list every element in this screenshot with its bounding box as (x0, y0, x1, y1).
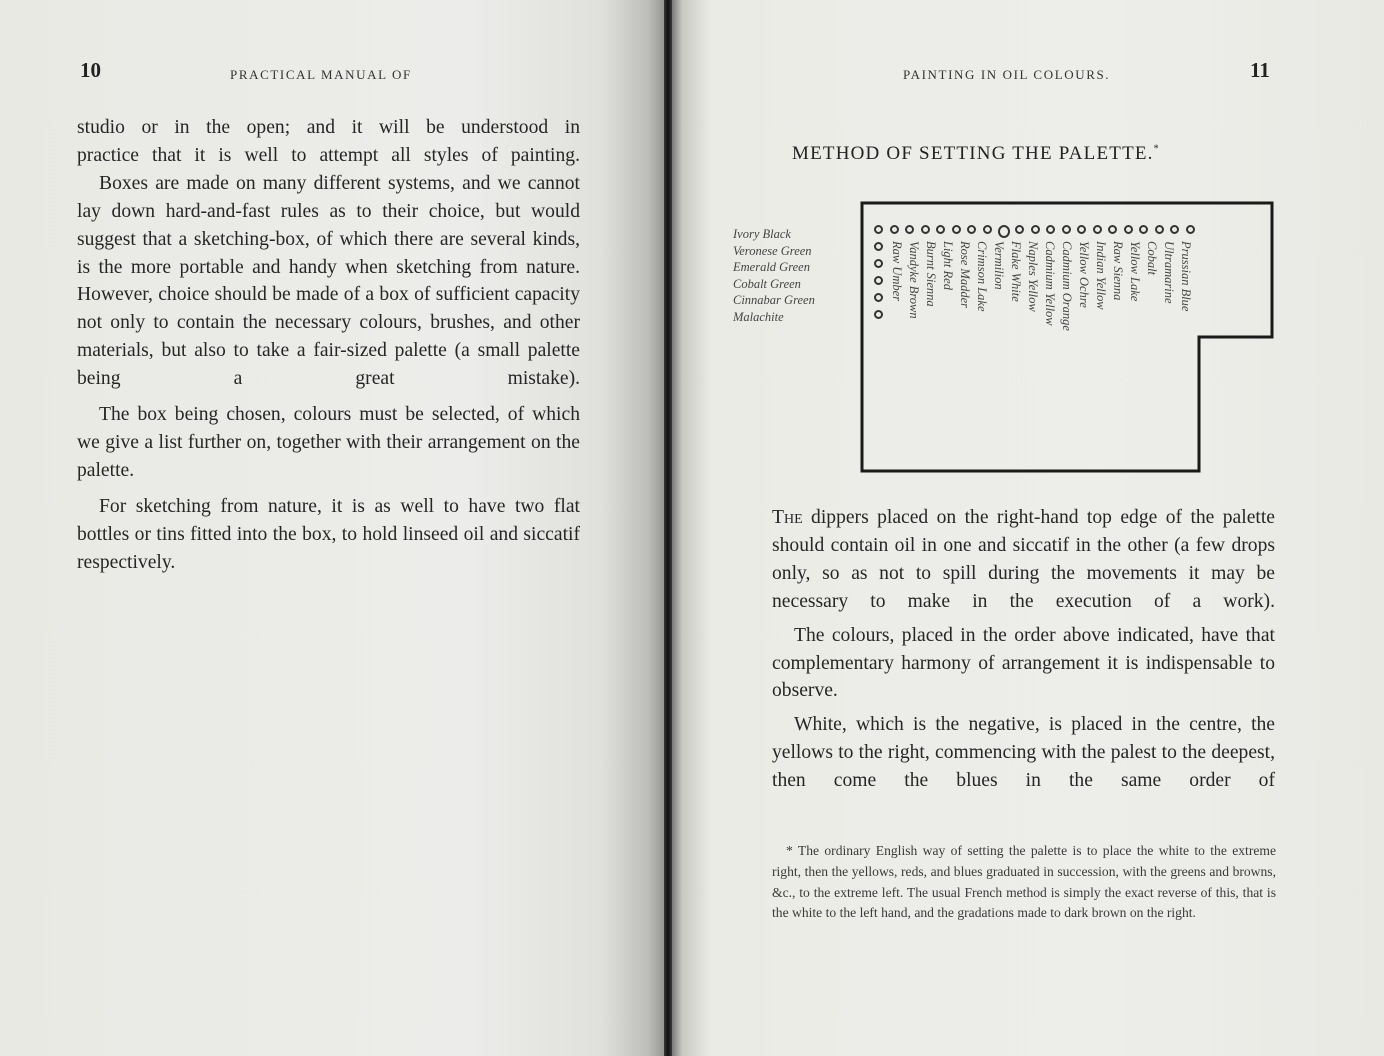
colour-label: Yellow Lake (1128, 241, 1142, 301)
running-head-left: PRACTICAL MANUAL OF (230, 67, 412, 83)
colour-label: Flake White (1009, 241, 1023, 302)
paint-spot (874, 242, 883, 251)
paint-spot (936, 225, 945, 234)
section-title: METHOD OF SETTING THE PALETTE.* (792, 143, 1160, 165)
paint-spot (874, 259, 883, 268)
running-head-right: PAINTING IN OIL COLOURS. (903, 67, 1110, 83)
colour-label: Crimson Lake (975, 241, 989, 312)
colour-label: Cadmium Yellow (1043, 241, 1057, 326)
colour-label: Naples Yellow (1026, 241, 1040, 312)
colour-label: Yellow Ochre (1077, 241, 1091, 308)
paint-spot (1093, 225, 1102, 234)
paint-spot-centre (998, 225, 1010, 238)
paint-spot (1155, 225, 1164, 234)
colour-label: Cinnabar Green (733, 292, 815, 309)
left-body-text: studio or in the open; and it will be un… (77, 114, 580, 577)
colour-label: Vermilion (992, 241, 1006, 290)
paint-spot (1015, 225, 1024, 234)
right-body-text: The dippers placed on the right-hand top… (772, 504, 1275, 795)
colour-label: Light Red (941, 241, 955, 290)
colour-label: Cadmium Orange (1060, 241, 1074, 331)
paragraph: The dippers placed on the right-hand top… (772, 504, 1275, 616)
colour-label: Indian Yellow (1094, 241, 1108, 310)
palette-left-labels: Ivory Black Veronese Green Emerald Green… (733, 226, 815, 326)
paint-spot (874, 225, 883, 234)
book-gutter (664, 0, 672, 1056)
colour-label: Cobalt (1145, 241, 1159, 275)
paint-spot (1124, 225, 1133, 234)
footnote-mark: * (1154, 144, 1160, 155)
paint-spot (874, 276, 883, 285)
paint-spot (1031, 225, 1040, 234)
colour-label: Burnt Sienna (924, 241, 938, 307)
colour-label: Cobalt Green (733, 276, 815, 293)
paragraph: The box being chosen, colours must be se… (77, 401, 580, 485)
paint-spot (983, 225, 992, 234)
paragraph: Boxes are made on many different systems… (77, 170, 580, 393)
paint-spot (874, 310, 883, 319)
palette-diagram: Raw Umber Vandyke Brown Burnt Sienna Lig… (860, 201, 1276, 473)
paint-spot (1062, 225, 1071, 234)
paint-spot (1139, 225, 1148, 234)
colour-label: Ivory Black (733, 226, 815, 243)
colour-label: Vandyke Brown (907, 241, 921, 319)
paint-spot (1108, 225, 1117, 234)
paint-spot (1170, 225, 1179, 234)
paint-spot (905, 225, 914, 234)
footnote-text: * The ordinary English way of setting th… (772, 841, 1276, 924)
footnote: * The ordinary English way of setting th… (772, 841, 1276, 924)
paint-spot (967, 225, 976, 234)
paint-spot (1046, 225, 1055, 234)
paint-spot (921, 225, 930, 234)
colour-label: Raw Umber (890, 241, 904, 301)
colour-label: Malachite (733, 309, 815, 326)
paragraph: The colours, placed in the order above i… (772, 622, 1275, 706)
page-number-left: 10 (80, 58, 101, 83)
paragraph: studio or in the open; and it will be un… (77, 114, 580, 170)
paint-spot (890, 225, 899, 234)
colour-label: Rose Madder (958, 241, 972, 308)
colour-label: Emerald Green (733, 259, 815, 276)
paragraph: For sketching from nature, it is as well… (77, 493, 580, 577)
left-page: 10 PRACTICAL MANUAL OF studio or in the … (0, 0, 668, 1056)
colour-label: Ultramarine (1162, 241, 1176, 304)
colour-label: Veronese Green (733, 243, 815, 260)
paragraph: White, which is the negative, is placed … (772, 711, 1275, 795)
colour-label: Prussian Blue (1179, 241, 1193, 311)
page-number-right: 11 (1250, 58, 1270, 83)
paint-spot (1186, 225, 1195, 234)
colour-label: Raw Sienna (1111, 241, 1125, 300)
paint-spot (952, 225, 961, 234)
paint-spot (1077, 225, 1086, 234)
paint-spot (874, 293, 883, 302)
